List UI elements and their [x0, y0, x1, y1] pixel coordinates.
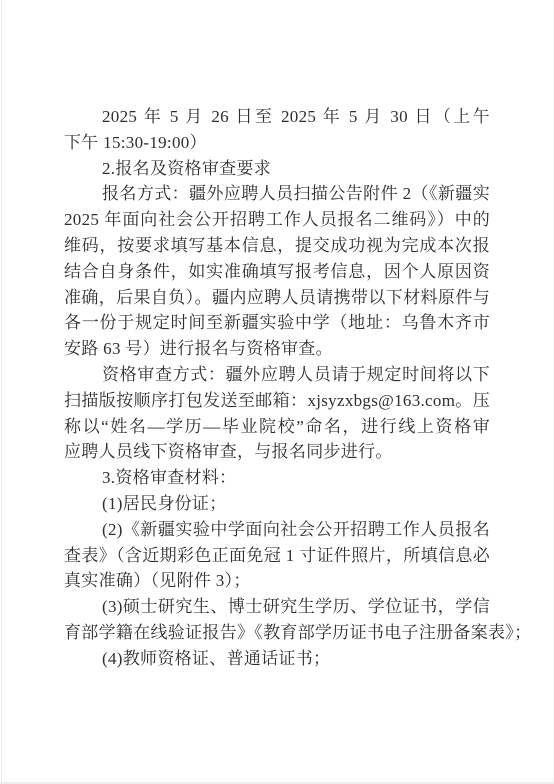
- text-line: 称以“姓名—学历—毕业院校”命名，进行线上资格审查。疆内: [64, 414, 490, 440]
- text-line: 应聘人员线下资格审查，与报名同步进行。: [64, 439, 490, 465]
- text-line: 查表》（含近期彩色正面免冠 1 寸证件照片，所填信息必须确保: [64, 543, 490, 569]
- text-line: (1)居民身份证；: [64, 491, 490, 517]
- text-line: 扫描版按顺序打包发送至邮箱：xjsyzxbgs@163.com。压缩包名: [64, 388, 490, 414]
- text-line: 2025 年 5 月 26 日至 2025 年 5 月 30 日（上午 10:0…: [64, 104, 490, 130]
- text-line: 3.资格审查材料：: [64, 465, 490, 491]
- text-line: (4)教师资格证、普通话证书；: [64, 646, 490, 672]
- text-line: 安路 63 号）进行报名与资格审查。: [64, 336, 490, 362]
- document-body: 2025 年 5 月 26 日至 2025 年 5 月 30 日（上午 10:0…: [64, 104, 490, 672]
- document-page: 2025 年 5 月 26 日至 2025 年 5 月 30 日（上午 10:0…: [0, 0, 554, 784]
- page-edge-left: [1, 0, 2, 784]
- text-line: 2025 年面向社会公开招聘工作人员报名二维码》）中的报名二: [64, 207, 490, 233]
- text-line: 资格审查方式：疆外应聘人员请于规定时间将以下材料原件: [64, 362, 490, 388]
- text-line: 真实准确）（见附件 3）；: [64, 568, 490, 594]
- text-line: (2)《新疆实验中学面向社会公开招聘工作人员报名资格审: [64, 517, 490, 543]
- text-line: 维码，按要求填写基本信息，提交成功视为完成本次报名（报名: [64, 233, 490, 259]
- text-line: 各一份于规定时间至新疆实验中学（地址：乌鲁木齐市天山区延: [64, 310, 490, 336]
- text-line: 准确，后果自负）。疆内应聘人员请携带以下材料原件与复印件: [64, 285, 490, 311]
- text-line: 育部学籍在线验证报告》《教育部学历证书电子注册备案表》；: [64, 620, 490, 646]
- text-line: (3)硕士研究生、博士研究生学历、学位证书，学信网《教: [64, 594, 490, 620]
- text-line: 报名方式：疆外应聘人员扫描公告附件 2（《新疆实验中学: [64, 181, 490, 207]
- text-line: 下午 15:30-19:00）: [64, 130, 490, 156]
- text-line: 2.报名及资格审查要求: [64, 156, 490, 182]
- text-line: 结合自身条件，如实准确填写报考信息，因个人原因资料填写不: [64, 259, 490, 285]
